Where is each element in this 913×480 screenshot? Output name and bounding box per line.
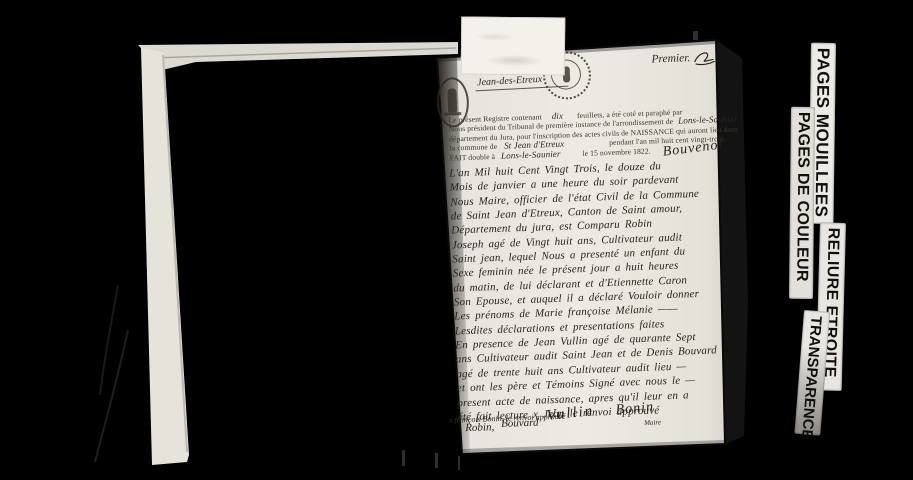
strip-label: PAGES DE COULEUR — [792, 107, 812, 282]
annotation-strip-pages-de-couleur: PAGES DE COULEUR — [789, 107, 815, 299]
header-insert-folios: dix — [552, 112, 564, 122]
header-date: le 15 novembre 1822. — [582, 146, 651, 158]
pasted-paper-slip — [461, 16, 566, 75]
signature-bouvard: Bouvard — [501, 417, 539, 430]
register-page-content: Jean-des-Etreux Premier. Le présent Regi… — [430, 35, 734, 461]
birth-act-text: L'an Mil huit Cent Vingt Trois, le douze… — [449, 157, 730, 425]
facing-page-top-edge — [138, 42, 458, 70]
film-speck — [435, 453, 438, 468]
microfilm-scan-frame: Jean-des-Etreux Premier. Le présent Regi… — [0, 0, 913, 480]
signature-title-maire: Maire — [644, 418, 661, 427]
facing-page-left-edge — [141, 48, 189, 465]
signature-robin: Robin, — [465, 421, 494, 434]
paraph-flourish-icon — [692, 49, 717, 66]
header-insert-place: Lons-le-Saunier — [501, 149, 561, 160]
crease-line — [95, 330, 128, 462]
page-corner-label: Premier. — [651, 49, 716, 67]
film-speck — [402, 450, 405, 466]
signature-bonin: Bonin — [615, 400, 655, 419]
crease-line — [100, 285, 118, 395]
printed-header-block: Le présent Registre contenant dix feuill… — [448, 106, 725, 163]
signature-vullin: Vullin — [546, 403, 595, 425]
header-print: FAIT double à — [450, 152, 496, 163]
corner-label-text: Premier. — [651, 52, 690, 65]
stamp-figure-icon — [447, 88, 457, 112]
